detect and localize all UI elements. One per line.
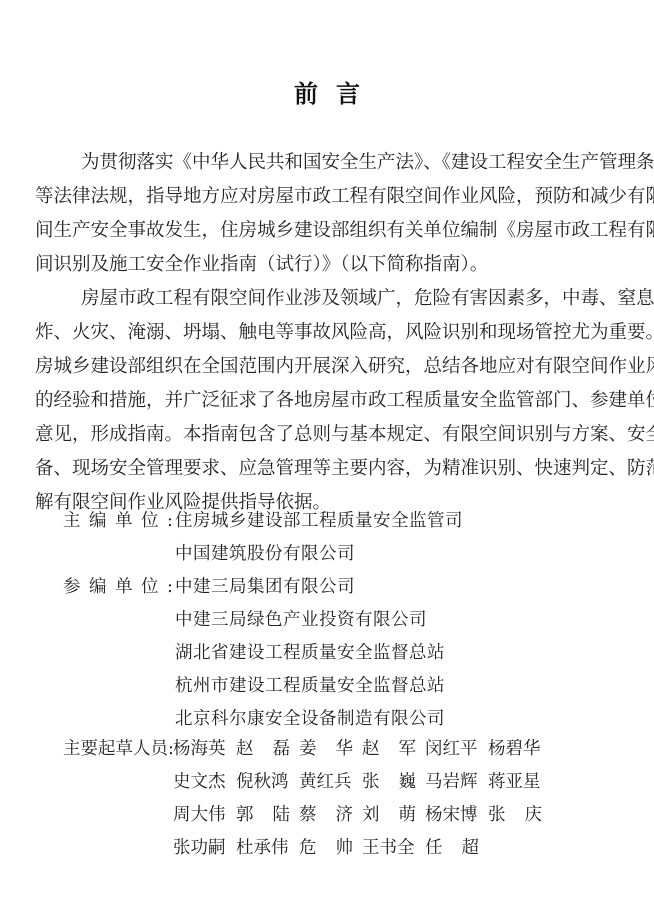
co-editor-unit: 中建三局绿色产业投资有限公司 <box>175 604 427 637</box>
drafter-name: 马岩辉 <box>425 766 488 799</box>
drafters-row: 主要起草人员: 杨海英 赵磊 姜华 赵军 闵红平 杨碧华 <box>63 733 551 766</box>
drafter-name: 郭陆 <box>236 799 299 832</box>
paragraph-line: 等法律法规，指导地方应对房屋市政工程有限空间作业风险，预防和减少有限空 <box>35 180 615 214</box>
drafter-name: 任超 <box>425 832 488 865</box>
drafter-name: 张功嗣 <box>173 832 236 865</box>
paragraph-line: 房屋市政工程有限空间作业涉及领域广，危险有害因素多，中毒、窒息、爆 <box>35 282 615 316</box>
co-editor-row: 北京科尔康安全设备制造有限公司 <box>63 703 463 736</box>
drafter-name: 危帅 <box>299 832 362 865</box>
drafter-name: 杨宋博 <box>425 799 488 832</box>
co-editor-label: 参编单位: <box>63 571 175 604</box>
drafter-name: 张庆 <box>488 799 551 832</box>
drafter-name: 王书全 <box>362 832 425 865</box>
co-editor-unit: 湖北省建设工程质量安全监督总站 <box>175 637 445 670</box>
drafter-name: 姜华 <box>299 733 362 766</box>
chief-editor-label: 主编单位: <box>63 505 175 538</box>
drafter-name: 赵磊 <box>236 733 299 766</box>
drafter-name: 闵红平 <box>425 733 488 766</box>
drafters-row: 史文杰 倪秋鸿 黄红兵 张巍 马岩辉 蒋亚星 <box>63 766 551 799</box>
editor-units: 主编单位: 住房城乡建设部工程质量安全监管司 中国建筑股份有限公司 参编单位: … <box>63 505 463 736</box>
chief-editor-row: 主编单位: 住房城乡建设部工程质量安全监管司 <box>63 505 463 538</box>
co-editor-row: 杭州市建设工程质量安全监督总站 <box>63 670 463 703</box>
paragraph-line: 为贯彻落实《中华人民共和国安全生产法》、《建设工程安全生产管理条例》 <box>35 146 615 180</box>
co-editor-unit: 北京科尔康安全设备制造有限公司 <box>175 703 445 736</box>
paragraph-line: 间识别及施工安全作业指南（试行）》（以下简称指南）。 <box>35 248 615 282</box>
chief-editor-row: 中国建筑股份有限公司 <box>63 538 463 571</box>
co-editor-unit: 中建三局集团有限公司 <box>175 571 355 604</box>
drafters-row: 周大伟 郭陆 蔡济 刘萌 杨宋博 张庆 <box>63 799 551 832</box>
drafter-name: 张巍 <box>362 766 425 799</box>
paragraph-line: 意见，形成指南。本指南包含了总则与基本规定、有限空间识别与方案、安全装 <box>35 418 615 452</box>
paragraph-line: 备、现场安全管理要求、应急管理等主要内容，为精准识别、快速判定、防范化 <box>35 452 615 486</box>
drafters-list: 主要起草人员: 杨海英 赵磊 姜华 赵军 闵红平 杨碧华 史文杰 倪秋鸿 黄红兵… <box>63 733 551 865</box>
paragraph-line: 的经验和措施，并广泛征求了各地房屋市政工程质量安全监管部门、参建单位的 <box>35 384 615 418</box>
drafters-label: 主要起草人员: <box>63 733 173 766</box>
drafter-name: 蔡济 <box>299 799 362 832</box>
chief-editor-unit: 中国建筑股份有限公司 <box>175 538 355 571</box>
paragraph-line: 间生产安全事故发生，住房城乡建设部组织有关单位编制《房屋市政工程有限空 <box>35 214 615 248</box>
drafters-row: 张功嗣 杜承伟 危帅 王书全 任超 <box>63 832 551 865</box>
drafter-name: 史文杰 <box>173 766 236 799</box>
chief-editor-unit: 住房城乡建设部工程质量安全监管司 <box>175 505 463 538</box>
co-editor-row: 湖北省建设工程质量安全监督总站 <box>63 637 463 670</box>
drafter-name: 倪秋鸿 <box>236 766 299 799</box>
paragraph-line: 炸、火灾、淹溺、坍塌、触电等事故风险高，风险识别和现场管控尤为重要。住 <box>35 316 615 350</box>
paragraph-line: 房城乡建设部组织在全国范围内开展深入研究，总结各地应对有限空间作业风险 <box>35 350 615 384</box>
paragraph-purpose: 为贯彻落实《中华人民共和国安全生产法》、《建设工程安全生产管理条例》 等法律法规… <box>35 146 615 282</box>
drafter-name: 蒋亚星 <box>488 766 551 799</box>
co-editor-unit: 杭州市建设工程质量安全监督总站 <box>175 670 445 703</box>
drafter-name: 杜承伟 <box>236 832 299 865</box>
drafter-name: 周大伟 <box>173 799 236 832</box>
co-editor-row: 参编单位: 中建三局集团有限公司 <box>63 571 463 604</box>
page-title: 前言 <box>0 74 654 109</box>
drafter-name: 黄红兵 <box>299 766 362 799</box>
paragraph-overview: 房屋市政工程有限空间作业涉及领域广，危险有害因素多，中毒、窒息、爆 炸、火灾、淹… <box>35 282 615 520</box>
drafter-name: 赵军 <box>362 733 425 766</box>
drafter-name: 杨海英 <box>173 733 236 766</box>
drafter-name: 刘萌 <box>362 799 425 832</box>
co-editor-row: 中建三局绿色产业投资有限公司 <box>63 604 463 637</box>
drafter-name: 杨碧华 <box>488 733 551 766</box>
